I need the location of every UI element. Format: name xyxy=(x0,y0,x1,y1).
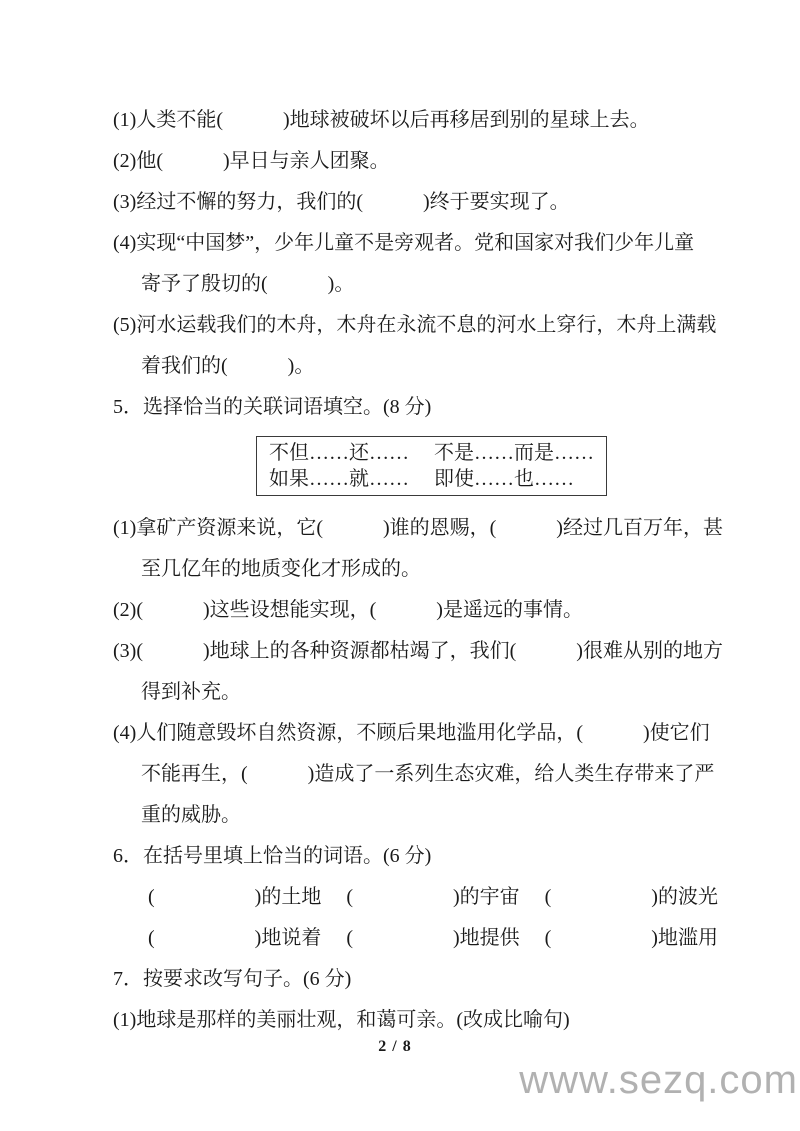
q7-item-1: (1)地球是那样的美丽壮观，和蔼可亲。(改成比喻句) xyxy=(113,1000,760,1041)
q5-item-2: (2)( )这些设想能实现，( )是遥远的事情。 xyxy=(113,590,760,631)
q5-item-1: (1)拿矿产资源来说，它( )谁的恩赐，( )经过几百万年，甚 xyxy=(113,508,760,549)
q5-item-1-continued: 至几亿年的地质变化才形成的。 xyxy=(113,549,760,590)
q5-item-3-continued: 得到补充。 xyxy=(113,672,760,713)
q4-item-5-continued: 着我们的( )。 xyxy=(113,346,760,387)
q6-title: 6．在括号里填上恰当的词语。(6 分) xyxy=(113,836,760,877)
q4-item-3: (3)经过不懈的努力，我们的( )终于要实现了。 xyxy=(113,182,760,223)
q5-title: 5．选择恰当的关联词语填空。(8 分) xyxy=(113,387,760,428)
q4-item-1: (1)人类不能( )地球被破坏以后再移居到别的星球上去。 xyxy=(113,100,760,141)
q6-blank-row-1: ( )的土地 ( )的宇宙 ( )的波光 xyxy=(113,877,760,918)
q7-title: 7．按要求改写句子。(6 分) xyxy=(113,959,760,1000)
worksheet-page: (1)人类不能( )地球被破坏以后再移居到别的星球上去。 (2)他( )早日与亲… xyxy=(0,0,800,1131)
q5-item-4: (4)人们随意毁坏自然资源，不顾后果地滥用化学品，( )使它们 xyxy=(113,713,760,754)
watermark-text: www.sezq.com xyxy=(519,1058,798,1103)
conjunction-word-bank-box: 不但……还…… 不是……而是…… 如果……就…… 即使……也…… xyxy=(256,436,607,496)
q6-blank-row-2: ( )地说着 ( )地提供 ( )地滥用 xyxy=(113,918,760,959)
q5-item-4-continued: 不能再生，( )造成了一系列生态灾难，给人类生存带来了严 xyxy=(113,754,760,795)
word-bank-line-1: 不但……还…… 不是……而是…… xyxy=(269,440,594,466)
q5-item-4-continued-2: 重的威胁。 xyxy=(113,795,760,836)
q4-item-2: (2)他( )早日与亲人团聚。 xyxy=(113,141,760,182)
q4-item-4-continued: 寄予了殷切的( )。 xyxy=(113,264,760,305)
worksheet-content: (1)人类不能( )地球被破坏以后再移居到别的星球上去。 (2)他( )早日与亲… xyxy=(113,100,760,1041)
q4-item-5: (5)河水运载我们的木舟，木舟在永流不息的河水上穿行，木舟上满载 xyxy=(113,305,760,346)
page-number: 2 / 8 xyxy=(0,1038,790,1056)
word-bank-line-2: 如果……就…… 即使……也…… xyxy=(269,466,594,492)
q4-item-4: (4)实现“中国梦”，少年儿童不是旁观者。党和国家对我们少年儿童 xyxy=(113,223,760,264)
q5-item-3: (3)( )地球上的各种资源都枯竭了，我们( )很难从别的地方 xyxy=(113,631,760,672)
